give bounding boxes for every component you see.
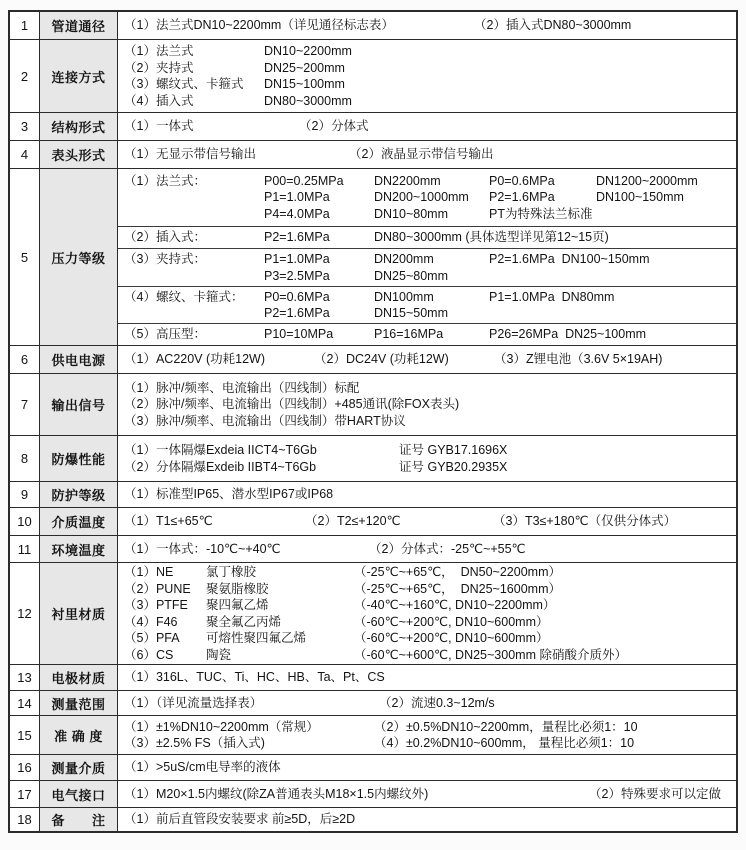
text-segment: DN25~80mm xyxy=(374,268,489,285)
text-segment: DN200~1000mm xyxy=(374,189,489,206)
text-segment: 聚氨脂橡胶 xyxy=(206,581,354,598)
text-segment: （-60℃~+200℃, DN10~600mm） xyxy=(354,614,548,631)
text-segment: （1）（详见流量选择表） xyxy=(124,695,379,712)
spec-line: （2）分体隔爆Exdeib IIBT4~T6Gb证号 GYB20.2935X xyxy=(118,459,736,476)
table-row: 5压力等级（1）法兰式：P00=0.25MPaDN2200mmP0=0.6MPa… xyxy=(10,168,736,345)
text-segment: （3）夹持式： xyxy=(124,251,264,268)
text-segment: （1）一体式：-10℃~+40℃ xyxy=(124,541,369,558)
spec-section: （1）法兰式：P00=0.25MPaDN2200mmP0=0.6MPaDN120… xyxy=(118,169,736,226)
row-number: 1 xyxy=(10,12,40,39)
text-segment: （4）插入式 xyxy=(124,93,264,110)
text-segment: DN10~80mm xyxy=(374,206,489,223)
table-row: 17电气接口（1）M20×1.5内螺纹(除ZA普通表头M18×1.5内螺纹外)（… xyxy=(10,780,736,807)
row-detail: （1）（详见流量选择表）（2）流速0.3~12m/s xyxy=(118,691,736,715)
row-detail: （1）标准型IP65、潜水型IP67或IP68 xyxy=(118,482,736,507)
text-segment: （2）T2≤+120℃ xyxy=(305,513,493,530)
row-label: 测量介质 xyxy=(40,755,118,780)
text-segment: （4）±0.2%DN10~600mm， 量程比必须1：10 xyxy=(374,735,634,752)
text-segment: （1）±1%DN10~2200mm（常规） xyxy=(124,719,374,736)
spec-line: （1）316L、TUC、Ti、HC、HB、Ta、Pt、CS xyxy=(118,669,736,686)
text-segment: （-40℃~+160℃, DN10~2200mm） xyxy=(354,597,555,614)
spec-line: （3）夹持式：P1=1.0MPaDN200mmP2=1.6MPa DN100~1… xyxy=(118,251,736,268)
text-segment: 陶瓷 xyxy=(206,647,354,664)
spec-line: （1）前后直管段安装要求 前≥5D，后≥2D xyxy=(118,811,736,828)
text-segment: （1）标准型IP65、潜水型IP67或IP68 xyxy=(124,486,333,503)
spec-line: （1）一体式：-10℃~+40℃（2）分体式：-25℃~+55℃ xyxy=(118,541,736,558)
spec-line: （1）±1%DN10~2200mm（常规）（2）±0.5%DN10~2200mm… xyxy=(118,719,736,736)
table-row: 4表头形式（1）无显示带信号输出（2）液晶显示带信号输出 xyxy=(10,140,736,168)
spec-line: （1）法兰式DN10~2200mm xyxy=(118,43,736,60)
row-detail: （1）T1≤+65℃（2）T2≤+120℃（3）T3≤+180℃（仅供分体式） xyxy=(118,508,736,535)
text-segment: （5）PFA xyxy=(124,630,206,647)
row-number: 13 xyxy=(10,665,40,690)
table-row: 6供电电源（1）AC220V (功耗12W)（2）DC24V (功耗12W)（3… xyxy=(10,345,736,373)
spec-line: （4）插入式DN80~3000mm xyxy=(118,93,736,110)
spec-section: （1）一体式（2）分体式 xyxy=(118,113,736,140)
spec-line: （1）T1≤+65℃（2）T2≤+120℃（3）T3≤+180℃（仅供分体式） xyxy=(118,513,736,530)
spec-line: （1）法兰式：P00=0.25MPaDN2200mmP0=0.6MPaDN120… xyxy=(118,173,736,190)
row-label: 准 确 度 xyxy=(40,716,118,754)
spec-line: （4）螺纹、卡箍式：P0=0.6MPaDN100mmP1=1.0MPa DN80… xyxy=(118,289,736,306)
spec-section: （1）（详见流量选择表）（2）流速0.3~12m/s xyxy=(118,691,736,715)
spec-table: 1管道通径（1）法兰式DN10~2200mm（详见通径标志表）（2）插入式DN8… xyxy=(8,10,738,833)
text-segment: （1）316L、TUC、Ti、HC、HB、Ta、Pt、CS xyxy=(124,669,385,686)
spec-line: （2）夹持式DN25~200mm xyxy=(118,60,736,77)
spec-line: （1）AC220V (功耗12W)（2）DC24V (功耗12W)（3）Z锂电池… xyxy=(118,351,736,368)
row-detail: （1）脉冲/频率、电流输出（四线制）标配（2）脉冲/频率、电流输出（四线制）+4… xyxy=(118,374,736,435)
table-row: 2连接方式（1）法兰式DN10~2200mm（2）夹持式DN25~200mm（3… xyxy=(10,39,736,112)
spec-section: （1）一体式：-10℃~+40℃（2）分体式：-25℃~+55℃ xyxy=(118,536,736,562)
text-segment: （2）夹持式 xyxy=(124,60,264,77)
text-segment: （1）一体隔爆Exdeia IICT4~T6Gb xyxy=(124,442,399,459)
spec-section: （1）T1≤+65℃（2）T2≤+120℃（3）T3≤+180℃（仅供分体式） xyxy=(118,508,736,535)
text-segment: PT为特殊法兰标准 xyxy=(489,206,596,223)
row-number: 11 xyxy=(10,536,40,562)
spec-line: P2=1.6MPaDN15~50mm xyxy=(118,305,736,322)
spec-section: （1）316L、TUC、Ti、HC、HB、Ta、Pt、CS xyxy=(118,665,736,690)
spec-section: （1）标准型IP65、潜水型IP67或IP68 xyxy=(118,482,736,507)
text-segment: P2=1.6MPa DN100~150mm xyxy=(489,251,650,268)
spec-section: （3）夹持式：P1=1.0MPaDN200mmP2=1.6MPa DN100~1… xyxy=(118,248,736,286)
text-segment: 氯丁橡胶 xyxy=(206,564,354,581)
text-segment: （2）特殊要求可以定做 xyxy=(589,786,721,803)
spec-section: （4）螺纹、卡箍式：P0=0.6MPaDN100mmP1=1.0MPa DN80… xyxy=(118,286,736,323)
row-label: 备 注 xyxy=(40,808,118,831)
text-segment: （1）法兰式： xyxy=(124,173,264,190)
table-row: 16测量介质（1）>5uS/cm电导率的液体 xyxy=(10,754,736,780)
text-segment: （1）T1≤+65℃ xyxy=(124,513,305,530)
table-row: 10介质温度（1）T1≤+65℃（2）T2≤+120℃（3）T3≤+180℃（仅… xyxy=(10,507,736,535)
text-segment: （2）分体式：-25℃~+55℃ xyxy=(369,541,526,558)
text-segment: （2）±0.5%DN10~2200mm，量程比必须1：10 xyxy=(374,719,638,736)
text-segment: 聚全氟乙丙烯 xyxy=(206,614,354,631)
text-segment: P0=0.6MPa xyxy=(489,173,596,190)
row-label: 防爆性能 xyxy=(40,436,118,481)
spec-section: （1）无显示带信号输出（2）液晶显示带信号输出 xyxy=(118,141,736,168)
row-number: 5 xyxy=(10,169,40,345)
spec-line: （5）PFA可熔性聚四氟乙烯（-60℃~+200℃, DN10~600mm） xyxy=(118,630,736,647)
text-segment: DN15~100mm xyxy=(264,76,345,93)
spec-line: （1）M20×1.5内螺纹(除ZA普通表头M18×1.5内螺纹外)（2）特殊要求… xyxy=(118,786,736,803)
row-label: 压力等级 xyxy=(40,169,118,345)
row-detail: （1）一体隔爆Exdeia IICT4~T6Gb证号 GYB17.1696X（2… xyxy=(118,436,736,481)
text-segment: （1）无显示带信号输出 xyxy=(124,146,349,163)
spec-line: （3）±2.5% FS（插入式)（4）±0.2%DN10~600mm， 量程比必… xyxy=(118,735,736,752)
text-segment: P2=1.6MPa xyxy=(489,189,596,206)
text-segment: 证号 GYB17.1696X xyxy=(399,442,507,459)
row-detail: （1）±1%DN10~2200mm（常规）（2）±0.5%DN10~2200mm… xyxy=(118,716,736,754)
spec-line: （1）（详见流量选择表）（2）流速0.3~12m/s xyxy=(118,695,736,712)
row-number: 9 xyxy=(10,482,40,507)
text-segment: P2=1.6MPa xyxy=(264,305,374,322)
text-segment: （2）分体式 xyxy=(299,118,368,135)
text-segment: DN200mm xyxy=(374,251,489,268)
spec-section: （1）前后直管段安装要求 前≥5D，后≥2D xyxy=(118,808,736,831)
table-row: 11环境温度（1）一体式：-10℃~+40℃（2）分体式：-25℃~+55℃ xyxy=(10,535,736,562)
text-segment: （1）>5uS/cm电导率的液体 xyxy=(124,759,281,776)
row-number: 17 xyxy=(10,781,40,807)
spec-line: （1）无显示带信号输出（2）液晶显示带信号输出 xyxy=(118,146,736,163)
row-number: 16 xyxy=(10,755,40,780)
text-segment: 可熔性聚四氟乙烯 xyxy=(206,630,354,647)
spec-section: （1）法兰式DN10~2200mm（2）夹持式DN25~200mm（3）螺纹式、… xyxy=(118,40,736,112)
row-number: 8 xyxy=(10,436,40,481)
spec-line: （3）螺纹式、卡箍式DN15~100mm xyxy=(118,76,736,93)
text-segment: （-60℃~+200℃, DN10~600mm） xyxy=(354,630,548,647)
row-detail: （1）M20×1.5内螺纹(除ZA普通表头M18×1.5内螺纹外)（2）特殊要求… xyxy=(118,781,736,807)
row-number: 4 xyxy=(10,141,40,168)
row-detail: （1）NE氯丁橡胶（-25℃~+65℃， DN50~2200mm）（2）PUNE… xyxy=(118,563,736,664)
spec-section: （2）插入式：P2=1.6MPaDN80~3000mm (具体选型详见第12~1… xyxy=(118,226,736,248)
spec-line: （1）法兰式DN10~2200mm（详见通径标志表）（2）插入式DN80~300… xyxy=(118,17,736,34)
text-segment: P3=2.5MPa xyxy=(264,268,374,285)
row-label: 防护等级 xyxy=(40,482,118,507)
text-segment: （1）AC220V (功耗12W) xyxy=(124,351,314,368)
spec-line: （1）>5uS/cm电导率的液体 xyxy=(118,759,736,776)
spec-line: （1）NE氯丁橡胶（-25℃~+65℃， DN50~2200mm） xyxy=(118,564,736,581)
spec-section: （1）法兰式DN10~2200mm（详见通径标志表）（2）插入式DN80~300… xyxy=(118,12,736,39)
row-label: 连接方式 xyxy=(40,40,118,112)
spec-line: （1）一体式（2）分体式 xyxy=(118,118,736,135)
row-label: 管道通径 xyxy=(40,12,118,39)
row-number: 6 xyxy=(10,346,40,373)
spec-section: （1）一体隔爆Exdeia IICT4~T6Gb证号 GYB17.1696X（2… xyxy=(118,436,736,481)
table-row: 7输出信号（1）脉冲/频率、电流输出（四线制）标配（2）脉冲/频率、电流输出（四… xyxy=(10,373,736,435)
spec-line: （6）CS陶瓷（-60℃~+600℃, DN25~300mm 除硝酸介质外） xyxy=(118,647,736,664)
spec-line: P1=1.0MPaDN200~1000mmP2=1.6MPaDN100~150m… xyxy=(118,189,736,206)
spec-section: （1）脉冲/频率、电流输出（四线制）标配（2）脉冲/频率、电流输出（四线制）+4… xyxy=(118,374,736,435)
row-detail: （1）316L、TUC、Ti、HC、HB、Ta、Pt、CS xyxy=(118,665,736,690)
spec-line: （3）PTFE聚四氟乙烯（-40℃~+160℃, DN10~2200mm） xyxy=(118,597,736,614)
text-segment: DN100~150mm xyxy=(596,189,684,206)
spec-line: P3=2.5MPaDN25~80mm xyxy=(118,268,736,285)
row-label: 供电电源 xyxy=(40,346,118,373)
row-label: 介质温度 xyxy=(40,508,118,535)
text-segment: DN1200~2000mm xyxy=(596,173,698,190)
spec-section: （1）NE氯丁橡胶（-25℃~+65℃， DN50~2200mm）（2）PUNE… xyxy=(118,563,736,664)
text-segment: （1）一体式 xyxy=(124,118,299,135)
row-number: 7 xyxy=(10,374,40,435)
text-segment: （3）螺纹式、卡箍式 xyxy=(124,76,264,93)
spec-sheet-page: 1管道通径（1）法兰式DN10~2200mm（详见通径标志表）（2）插入式DN8… xyxy=(0,0,746,850)
spec-line: （1）一体隔爆Exdeia IICT4~T6Gb证号 GYB17.1696X xyxy=(118,442,736,459)
text-segment: （2）PUNE xyxy=(124,581,206,598)
text-segment: 聚四氟乙烯 xyxy=(206,597,354,614)
spec-line: （5）高压型：P10=10MPaP16=16MPaP26=26MPa DN25~… xyxy=(118,326,736,343)
text-segment: （1）脉冲/频率、电流输出（四线制）标配 xyxy=(124,380,359,397)
text-segment: DN10~2200mm xyxy=(264,43,352,60)
spec-line: （1）标准型IP65、潜水型IP67或IP68 xyxy=(118,486,736,503)
row-detail: （1）无显示带信号输出（2）液晶显示带信号输出 xyxy=(118,141,736,168)
text-segment: P0=0.6MPa xyxy=(264,289,374,306)
text-segment: （4）F46 xyxy=(124,614,206,631)
row-number: 14 xyxy=(10,691,40,715)
spec-section: （1）M20×1.5内螺纹(除ZA普通表头M18×1.5内螺纹外)（2）特殊要求… xyxy=(118,781,736,807)
row-number: 12 xyxy=(10,563,40,664)
row-number: 18 xyxy=(10,808,40,831)
text-segment: P1=1.0MPa xyxy=(264,189,374,206)
text-segment: 证号 GYB20.2935X xyxy=(399,459,507,476)
text-segment: （3）PTFE xyxy=(124,597,206,614)
row-detail: （1）法兰式DN10~2200mm（详见通径标志表）（2）插入式DN80~300… xyxy=(118,12,736,39)
row-detail: （1）前后直管段安装要求 前≥5D，后≥2D xyxy=(118,808,736,831)
text-segment: （3）T3≤+180℃（仅供分体式） xyxy=(493,513,676,530)
row-number: 10 xyxy=(10,508,40,535)
spec-section: （1）AC220V (功耗12W)（2）DC24V (功耗12W)（3）Z锂电池… xyxy=(118,346,736,373)
text-segment: DN2200mm xyxy=(374,173,489,190)
spec-line: （1）脉冲/频率、电流输出（四线制）标配 xyxy=(118,380,736,397)
text-segment: P1=1.0MPa DN80mm xyxy=(489,289,614,306)
table-row: 12衬里材质（1）NE氯丁橡胶（-25℃~+65℃， DN50~2200mm）（… xyxy=(10,562,736,664)
row-number: 2 xyxy=(10,40,40,112)
spec-line: （2）PUNE聚氨脂橡胶（-25℃~+65℃， DN25~1600mm） xyxy=(118,581,736,598)
row-detail: （1）AC220V (功耗12W)（2）DC24V (功耗12W)（3）Z锂电池… xyxy=(118,346,736,373)
text-segment: P00=0.25MPa xyxy=(264,173,374,190)
row-label: 输出信号 xyxy=(40,374,118,435)
spec-line: （2）插入式：P2=1.6MPaDN80~3000mm (具体选型详见第12~1… xyxy=(118,229,736,246)
text-segment: （2）插入式DN80~3000mm xyxy=(474,17,631,34)
table-row: 3结构形式（1）一体式（2）分体式 xyxy=(10,112,736,140)
text-segment: （1）前后直管段安装要求 前≥5D，后≥2D xyxy=(124,811,355,828)
row-label: 衬里材质 xyxy=(40,563,118,664)
spec-section: （1）>5uS/cm电导率的液体 xyxy=(118,755,736,780)
text-segment: DN100mm xyxy=(374,289,489,306)
text-segment: P16=16MPa xyxy=(374,326,489,343)
spec-section: （1）±1%DN10~2200mm（常规）（2）±0.5%DN10~2200mm… xyxy=(118,716,736,754)
row-detail: （1）一体式：-10℃~+40℃（2）分体式：-25℃~+55℃ xyxy=(118,536,736,562)
text-segment: （-60℃~+600℃, DN25~300mm 除硝酸介质外） xyxy=(354,647,627,664)
row-number: 3 xyxy=(10,113,40,140)
text-segment: DN80~3000mm xyxy=(264,93,352,110)
text-segment: （1）M20×1.5内螺纹(除ZA普通表头M18×1.5内螺纹外) xyxy=(124,786,589,803)
row-label: 环境温度 xyxy=(40,536,118,562)
text-segment: （4）螺纹、卡箍式： xyxy=(124,289,264,306)
row-detail: （1）>5uS/cm电导率的液体 xyxy=(118,755,736,780)
text-segment: （2）DC24V (功耗12W) xyxy=(314,351,494,368)
spec-line: （4）F46聚全氟乙丙烯（-60℃~+200℃, DN10~600mm） xyxy=(118,614,736,631)
text-segment: DN15~50mm xyxy=(374,305,489,322)
row-label: 表头形式 xyxy=(40,141,118,168)
text-segment: （3）±2.5% FS（插入式) xyxy=(124,735,374,752)
text-segment: P1=1.0MPa xyxy=(264,251,374,268)
text-segment: DN25~200mm xyxy=(264,60,345,77)
text-segment: （-25℃~+65℃， DN50~2200mm） xyxy=(354,564,561,581)
spec-line: （3）脉冲/频率、电流输出（四线制）带HART协议 xyxy=(118,413,736,430)
row-label: 结构形式 xyxy=(40,113,118,140)
row-label: 电极材质 xyxy=(40,665,118,690)
text-segment: P10=10MPa xyxy=(264,326,374,343)
text-segment: （1）NE xyxy=(124,564,206,581)
text-segment: （2）液晶显示带信号输出 xyxy=(349,146,493,163)
text-segment: P26=26MPa DN25~100mm xyxy=(489,326,646,343)
table-row: 14测量范围（1）（详见流量选择表）（2）流速0.3~12m/s xyxy=(10,690,736,715)
text-segment: （6）CS xyxy=(124,647,206,664)
table-row: 18备 注（1）前后直管段安装要求 前≥5D，后≥2D xyxy=(10,807,736,831)
table-row: 8防爆性能（1）一体隔爆Exdeia IICT4~T6Gb证号 GYB17.16… xyxy=(10,435,736,481)
text-segment: P4=4.0MPa xyxy=(264,206,374,223)
table-row: 9防护等级（1）标准型IP65、潜水型IP67或IP68 xyxy=(10,481,736,507)
table-row: 15准 确 度（1）±1%DN10~2200mm（常规）（2）±0.5%DN10… xyxy=(10,715,736,754)
table-row: 13电极材质（1）316L、TUC、Ti、HC、HB、Ta、Pt、CS xyxy=(10,664,736,690)
row-number: 15 xyxy=(10,716,40,754)
row-detail: （1）一体式（2）分体式 xyxy=(118,113,736,140)
table-row: 1管道通径（1）法兰式DN10~2200mm（详见通径标志表）（2）插入式DN8… xyxy=(10,12,736,39)
text-segment: （-25℃~+65℃， DN25~1600mm） xyxy=(354,581,561,598)
text-segment: （2）流速0.3~12m/s xyxy=(379,695,495,712)
text-segment: （2）分体隔爆Exdeib IIBT4~T6Gb xyxy=(124,459,399,476)
text-segment: （1）法兰式DN10~2200mm（详见通径标志表） xyxy=(124,17,474,34)
spec-line: P4=4.0MPaDN10~80mmPT为特殊法兰标准 xyxy=(118,206,736,223)
row-detail: （1）法兰式：P00=0.25MPaDN2200mmP0=0.6MPaDN120… xyxy=(118,169,736,345)
row-label: 测量范围 xyxy=(40,691,118,715)
text-segment: （2）插入式： xyxy=(124,229,264,246)
text-segment: P2=1.6MPa xyxy=(264,229,374,246)
text-segment: DN80~3000mm (具体选型详见第12~15页) xyxy=(374,229,609,246)
text-segment: （3）Z锂电池（3.6V 5×19AH) xyxy=(494,351,662,368)
text-segment: （3）脉冲/频率、电流输出（四线制）带HART协议 xyxy=(124,413,406,430)
spec-line: （2）脉冲/频率、电流输出（四线制）+485通讯(除FOX表头) xyxy=(118,396,736,413)
text-segment: （1）法兰式 xyxy=(124,43,264,60)
text-segment: （2）脉冲/频率、电流输出（四线制）+485通讯(除FOX表头) xyxy=(124,396,459,413)
row-label: 电气接口 xyxy=(40,781,118,807)
row-detail: （1）法兰式DN10~2200mm（2）夹持式DN25~200mm（3）螺纹式、… xyxy=(118,40,736,112)
text-segment: （5）高压型： xyxy=(124,326,264,343)
spec-section: （5）高压型：P10=10MPaP16=16MPaP26=26MPa DN25~… xyxy=(118,323,736,345)
